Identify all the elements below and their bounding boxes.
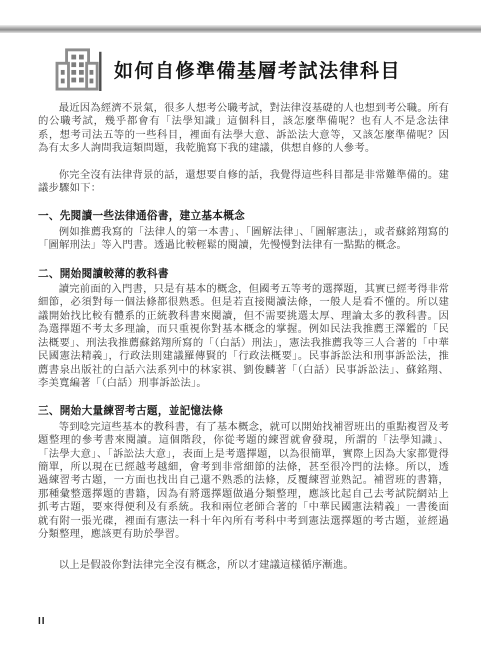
section-text-1: 例如推薦我寫的「法律人的第一本書」、「圖解法律」、「圖解憲法」，或者蘇銘翔寫的「… [38,226,449,253]
page-top-edge-shadow [0,25,481,33]
document-page: 如何自修準備基層考試法律科目 最近因為經濟不景氣，很多人想考公職考試，對法律沒基… [0,0,481,651]
paragraph-intro-1: 最近因為經濟不景氣，很多人想考公職考試，對法律沒基礎的人也想到考公職。所有的公職… [38,102,449,156]
article-header: 如何自修準備基層考試法律科目 [38,46,449,92]
section-heading-1: 一、先閱讀一些法律通俗書，建立基本概念 [38,210,449,223]
section-text-2: 讀完前面的入門書，只是有基本的概念，但國考五等考的選擇題，其實已經考得非常細節，… [38,283,449,390]
paragraph-intro-2: 你完全沒有法律背景的話，還想要自修的話，我覺得這些科目都是非常難準備的。建議步驟… [38,169,449,196]
section-heading-3: 三、開始大量練習考古題，並記憶法條 [38,405,449,418]
page-title: 如何自修準備基層考試法律科目 [114,56,401,83]
building-icon [55,47,103,91]
section-heading-2: 二、開始閱讀較薄的教科書 [38,268,449,281]
paragraph-closing: 以上是假設你對法律完全沒有概念，所以才建議這樣循序漸進。 [38,559,449,572]
page-number: II [38,616,46,627]
section-text-3: 等到唸完這些基本的教科書，有了基本概念，就可以開始找補習班出的重點複習及考題整理… [38,421,449,542]
page-content: 如何自修準備基層考試法律科目 最近因為經濟不景氣，很多人想考公職考試，對法律沒基… [38,44,449,573]
